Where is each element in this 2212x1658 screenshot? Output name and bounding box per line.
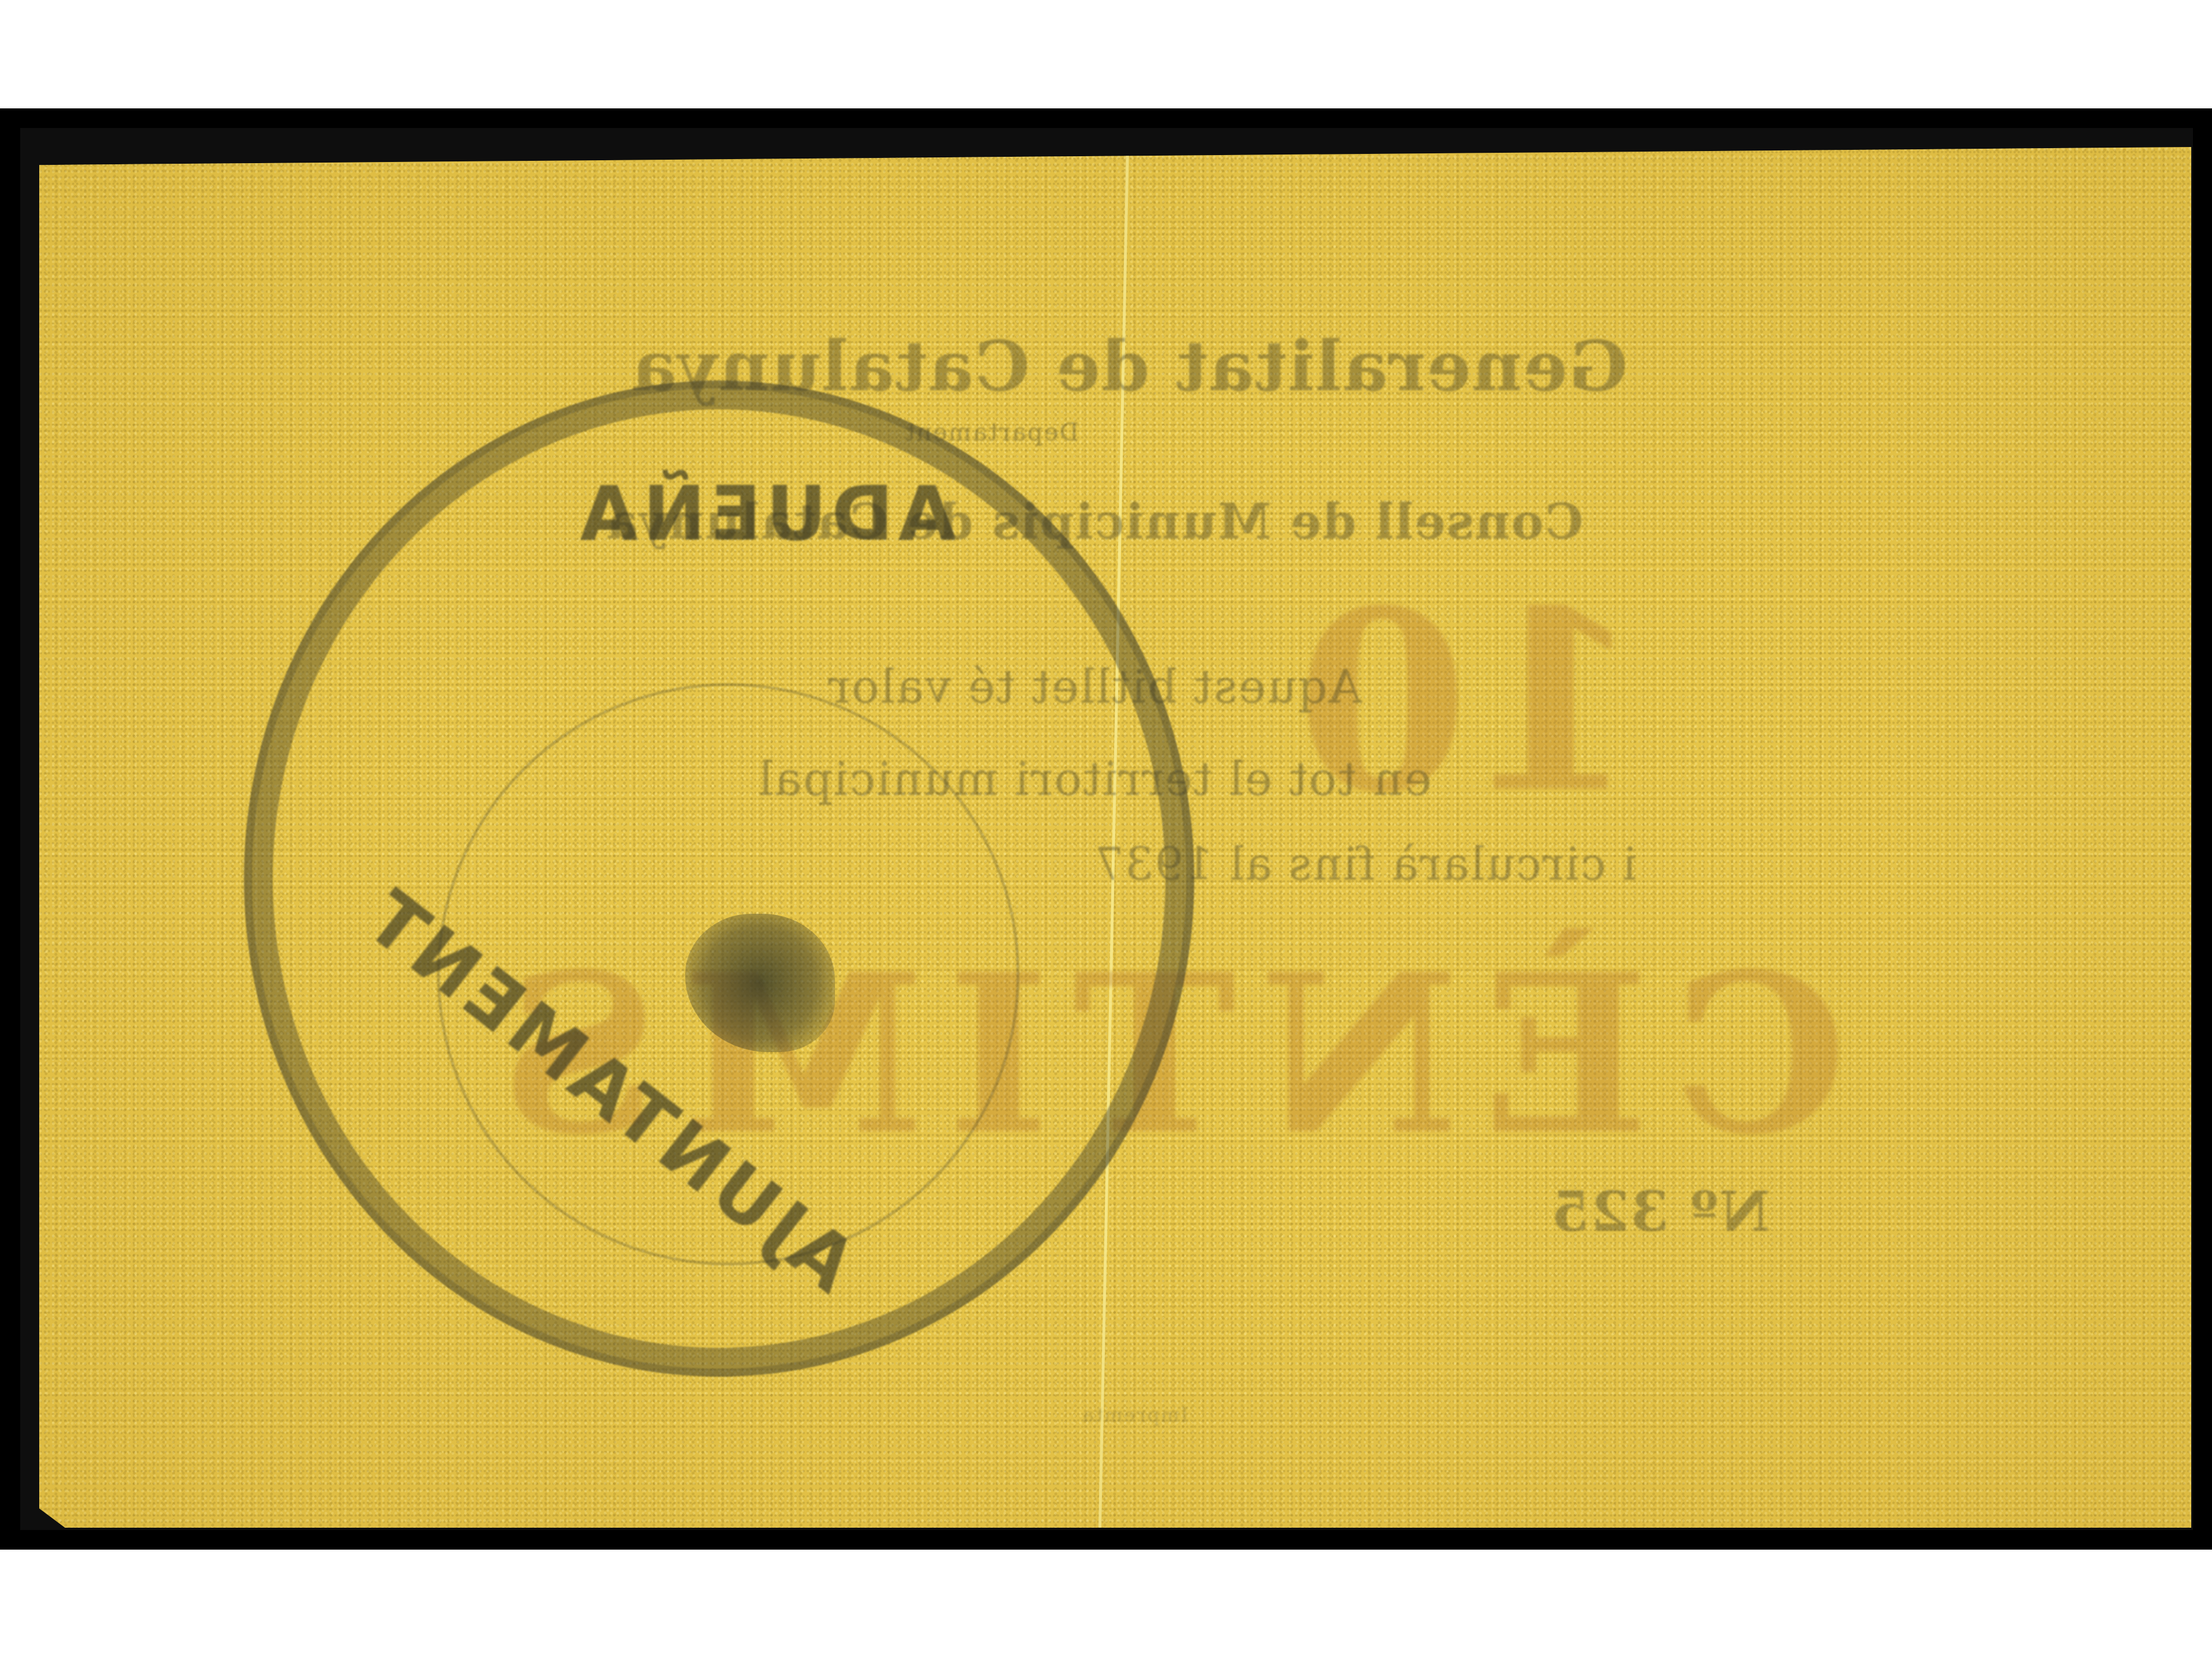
stamp-top-text: ADUEÑA [575,470,956,557]
serial-number-bleed: Nº 325 [1550,1179,1770,1244]
printer-footer-bleed: Impremta [270,1404,2000,1427]
banknote-paper: 10 CÈNTIMS Generalitat de Catalunya Depa… [39,147,2191,1528]
heading-bleed: Generalitat de Catalunya [149,326,2109,407]
